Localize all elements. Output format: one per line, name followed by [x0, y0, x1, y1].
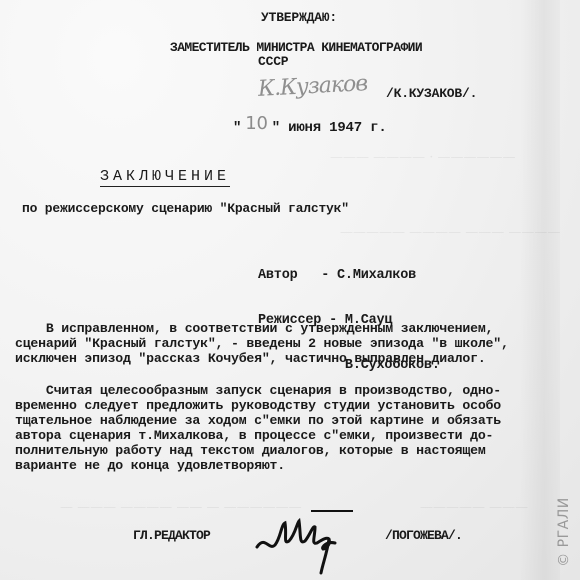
bleed-through-text: ——— ———— · —————— — [330, 150, 516, 165]
approver-title: ЗАМЕСТИТЕЛЬ МИНИСТРА КИНЕМАТОГРАФИИ — [170, 40, 422, 55]
document-title: ЗАКЛЮЧЕНИЕ — [100, 168, 230, 187]
handwritten-signature-icon — [255, 505, 355, 575]
handwritten-signature-kuzakov: К.Кузаков — [257, 71, 367, 102]
bleed-through-text: ————— ——— — [420, 500, 528, 515]
date-month-year: " июня 1947 г. — [272, 120, 387, 136]
credit-author: Автор - С.Михалков — [258, 268, 440, 283]
approver-name: /К.КУЗАКОВ/. — [386, 86, 477, 101]
approval-date: "10" июня 1947 г. — [233, 115, 387, 136]
watermark-text: © РГАЛИ — [556, 490, 572, 574]
paragraph-recommendation: Считая целесообразным запуск сценария в … — [15, 383, 501, 473]
signatory-name: /ПОГОЖЕВА/. — [385, 528, 462, 543]
date-day-handwritten: 10 — [245, 113, 268, 134]
document-page: ——— ———— · —————— ————— ———— ——— ———— — … — [0, 0, 580, 580]
signature-role: ГЛ.РЕДАКТОР — [133, 528, 210, 543]
paragraph-revisions: В исправленном, в соответствии с утвержд… — [15, 321, 509, 366]
approval-heading: УТВЕРЖДАЮ: — [261, 10, 337, 25]
approver-country: СССР — [258, 54, 288, 69]
archive-watermark: © РГАЛИ — [552, 492, 572, 576]
document-subtitle: по режиссерскому сценарию "Красный галст… — [22, 201, 349, 216]
date-open-quote: " — [233, 120, 241, 136]
